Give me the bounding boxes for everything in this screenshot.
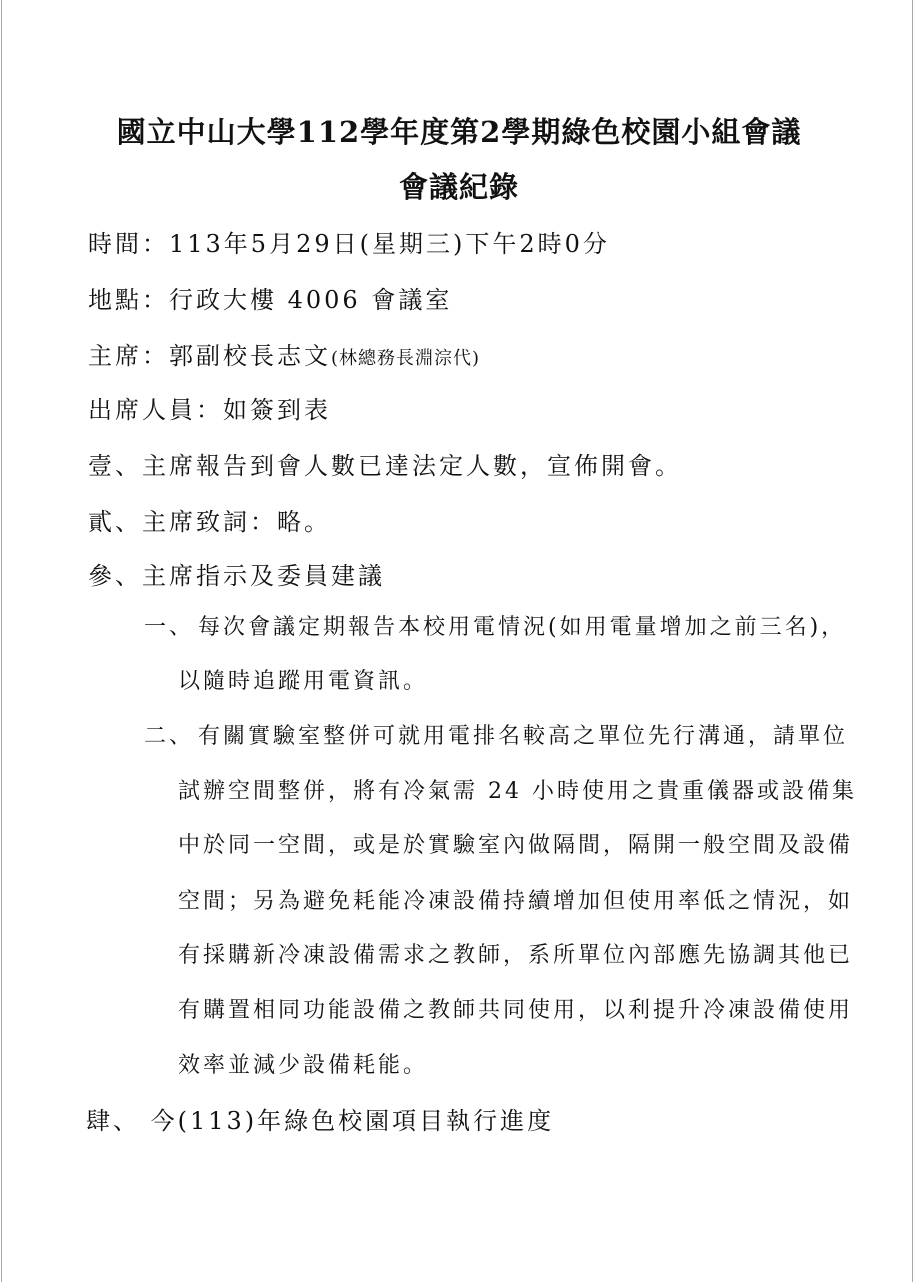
meeting-location: 地點：行政大樓 4006 會議室 xyxy=(88,280,452,315)
item-2-marker: 二、 xyxy=(144,719,194,750)
item-2-line-6: 有購置相同功能設備之教師共同使用，以利提升冷凍設備使用 xyxy=(178,993,853,1024)
meeting-attendees: 出席人員：如簽到表 xyxy=(88,390,331,425)
item-2-line-7: 效率並減少設備耗能。 xyxy=(178,1048,428,1079)
chair-name: 主席：郭副校長志文 xyxy=(88,342,331,370)
item-2-line-5: 有採購新冷凍設備需求之教師，系所單位內部應先協調其他已 xyxy=(178,938,853,969)
document-page: 國立中山大學112學年度第2學期綠色校園小組會議 會議紀錄 時間：113年5月2… xyxy=(1,0,913,1282)
item-2-line-1: 有關實驗室整併可就用電排名較高之單位先行溝通，請單位 xyxy=(198,719,848,750)
item-2-line-4: 空間；另為避免耗能冷凍設備持續增加但使用率低之情況，如 xyxy=(178,884,853,915)
document-subtitle: 會議紀錄 xyxy=(2,165,914,206)
item-1-marker: 一、 xyxy=(144,610,194,641)
item-1-line-2: 以隨時追蹤用電資訊。 xyxy=(178,664,428,695)
section-4-heading: 肆、 今(113)年綠色校園項目執行進度 xyxy=(86,1101,554,1136)
meeting-time: 時間：113年5月29日(星期三)下午2時0分 xyxy=(88,224,610,259)
item-2-line-2: 試辦空間整併，將有冷氣需 24 小時使用之貴重儀器或設備集 xyxy=(178,774,857,805)
section-3-heading: 參、主席指示及委員建議 xyxy=(88,556,385,591)
section-2-chair-remarks: 貳、主席致詞：略。 xyxy=(88,502,331,537)
chair-substitute-note: (林總務長淵淙代) xyxy=(331,348,480,369)
item-2-line-3: 中於同一空間，或是於實驗室內做隔間，隔開一般空間及設備 xyxy=(178,828,853,859)
item-1-line-1: 每次會議定期報告本校用電情況(如用電量增加之前三名)， xyxy=(198,610,846,641)
document-title: 國立中山大學112學年度第2學期綠色校園小組會議 xyxy=(2,110,914,151)
section-1-opening: 壹、主席報告到會人數已達法定人數，宣佈開會。 xyxy=(88,446,682,481)
meeting-chair: 主席：郭副校長志文(林總務長淵淙代) xyxy=(88,336,480,371)
